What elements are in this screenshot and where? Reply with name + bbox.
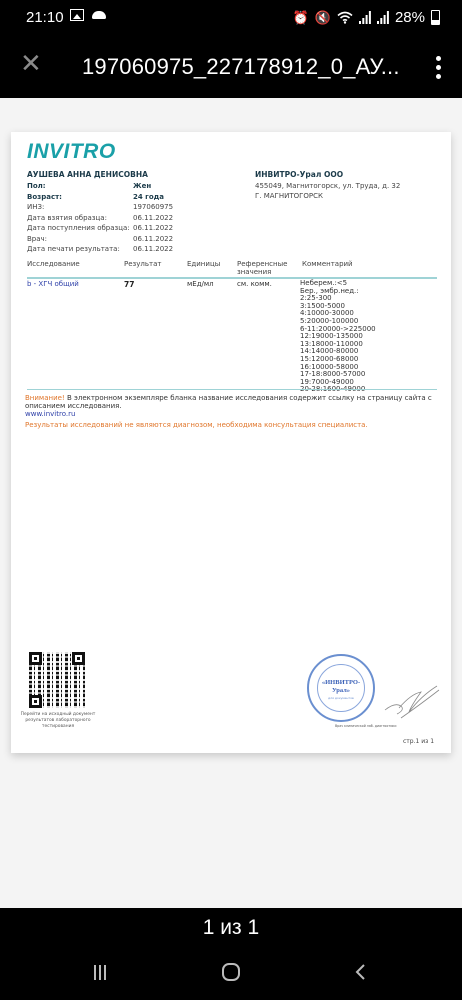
- field-sex: Пол:Жен: [27, 181, 247, 192]
- lab-name: ИНВИТРО-Урал ООО: [255, 170, 445, 180]
- divider: [27, 277, 437, 279]
- test-units: мЕд/мл: [187, 280, 214, 288]
- patient-info: АУШЕВА АННА ДЕНИСОВНА Пол:Жен Возраст:24…: [27, 170, 247, 255]
- field-sample-taken: Дата взятия образца:06.11.2022: [27, 213, 247, 224]
- test-comment: Неберем.:<5 Бер., эмбр.нед.: 2:25-300 3:…: [300, 280, 376, 394]
- image-icon: [70, 9, 84, 21]
- battery-percent: 28%: [395, 9, 425, 26]
- warning-label: Внимание!: [25, 394, 65, 402]
- qr-code: [29, 652, 85, 708]
- more-vert-icon[interactable]: [436, 56, 442, 79]
- disclaimer: Результаты исследований не являются диаг…: [25, 421, 443, 429]
- lab-city: Г. МАГНИТОГОРСК: [255, 191, 445, 201]
- mute-icon: 🔇: [315, 11, 331, 24]
- wifi-icon: [337, 11, 353, 24]
- notice-text: В электронном экземпляре бланка название…: [25, 394, 432, 410]
- divider: [27, 389, 437, 390]
- patient-name: АУШЕВА АННА ДЕНИСОВНА: [27, 170, 247, 179]
- test-name-link[interactable]: b - ХГЧ общий: [27, 280, 79, 288]
- field-doctor: Врач:06.11.2022: [27, 234, 247, 245]
- pager-bar: 1 из 1: [0, 908, 462, 952]
- test-result: 77: [124, 280, 134, 289]
- signal-icon: [377, 11, 389, 24]
- signer-name: Врач клинической лаб. диагностики: [335, 724, 396, 729]
- field-print-date: Дата печати результата:06.11.2022: [27, 244, 247, 255]
- notice: Внимание! В электронном экземпляре бланк…: [25, 394, 443, 418]
- signature: [381, 680, 441, 720]
- lab-stamp: «ИНВИТРО- Урал» для документов: [307, 654, 375, 722]
- close-icon[interactable]: ✕: [20, 53, 42, 75]
- document-title: 197060975_227178912_0_АУ...: [82, 54, 400, 80]
- col-test: Исследование: [27, 260, 80, 268]
- col-units: Единицы: [187, 260, 220, 268]
- test-reference: см. комм.: [237, 280, 272, 288]
- clock: 21:10: [26, 9, 64, 26]
- document-viewer[interactable]: INVITRO АУШЕВА АННА ДЕНИСОВНА Пол:Жен Во…: [0, 98, 462, 908]
- col-result: Результат: [124, 260, 161, 268]
- nav-bar: [0, 952, 462, 1000]
- field-age: Возраст:24 года: [27, 192, 247, 203]
- alarm-icon: ⏰: [293, 11, 309, 24]
- cloud-icon: [92, 11, 106, 19]
- col-reference: Референсные значения: [237, 260, 292, 276]
- invitro-link[interactable]: www.invitro.ru: [25, 410, 443, 418]
- app-bar: ✕ 197060975_227178912_0_АУ...: [0, 36, 462, 98]
- lab-address: 455049, Магнитогорск, ул. Труда, д. 32: [255, 181, 445, 191]
- col-comment: Комментарий: [302, 260, 353, 268]
- page-indicator: 1 из 1: [0, 916, 462, 940]
- results-table-header: Исследование Результат Единицы Референсн…: [27, 260, 437, 278]
- document-page: INVITRO АУШЕВА АННА ДЕНИСОВНА Пол:Жен Во…: [11, 132, 451, 753]
- lab-info: ИНВИТРО-Урал ООО 455049, Магнитогорск, у…: [255, 170, 445, 201]
- back-icon[interactable]: [354, 963, 366, 981]
- page-number: стр.1 из 1: [403, 738, 434, 745]
- invitro-logo: INVITRO: [27, 140, 116, 164]
- field-sample-received: Дата поступления образца:06.11.2022: [27, 223, 247, 234]
- battery-icon: [431, 10, 440, 25]
- signal-icon: [359, 11, 371, 24]
- home-icon[interactable]: [222, 963, 240, 981]
- field-inz: ИНЗ:197060975: [27, 202, 247, 213]
- recents-icon[interactable]: [94, 965, 106, 980]
- qr-caption: Перейти на исходный документ результатов…: [19, 712, 97, 730]
- status-bar: 21:10 ⏰ 🔇 28%: [0, 0, 462, 36]
